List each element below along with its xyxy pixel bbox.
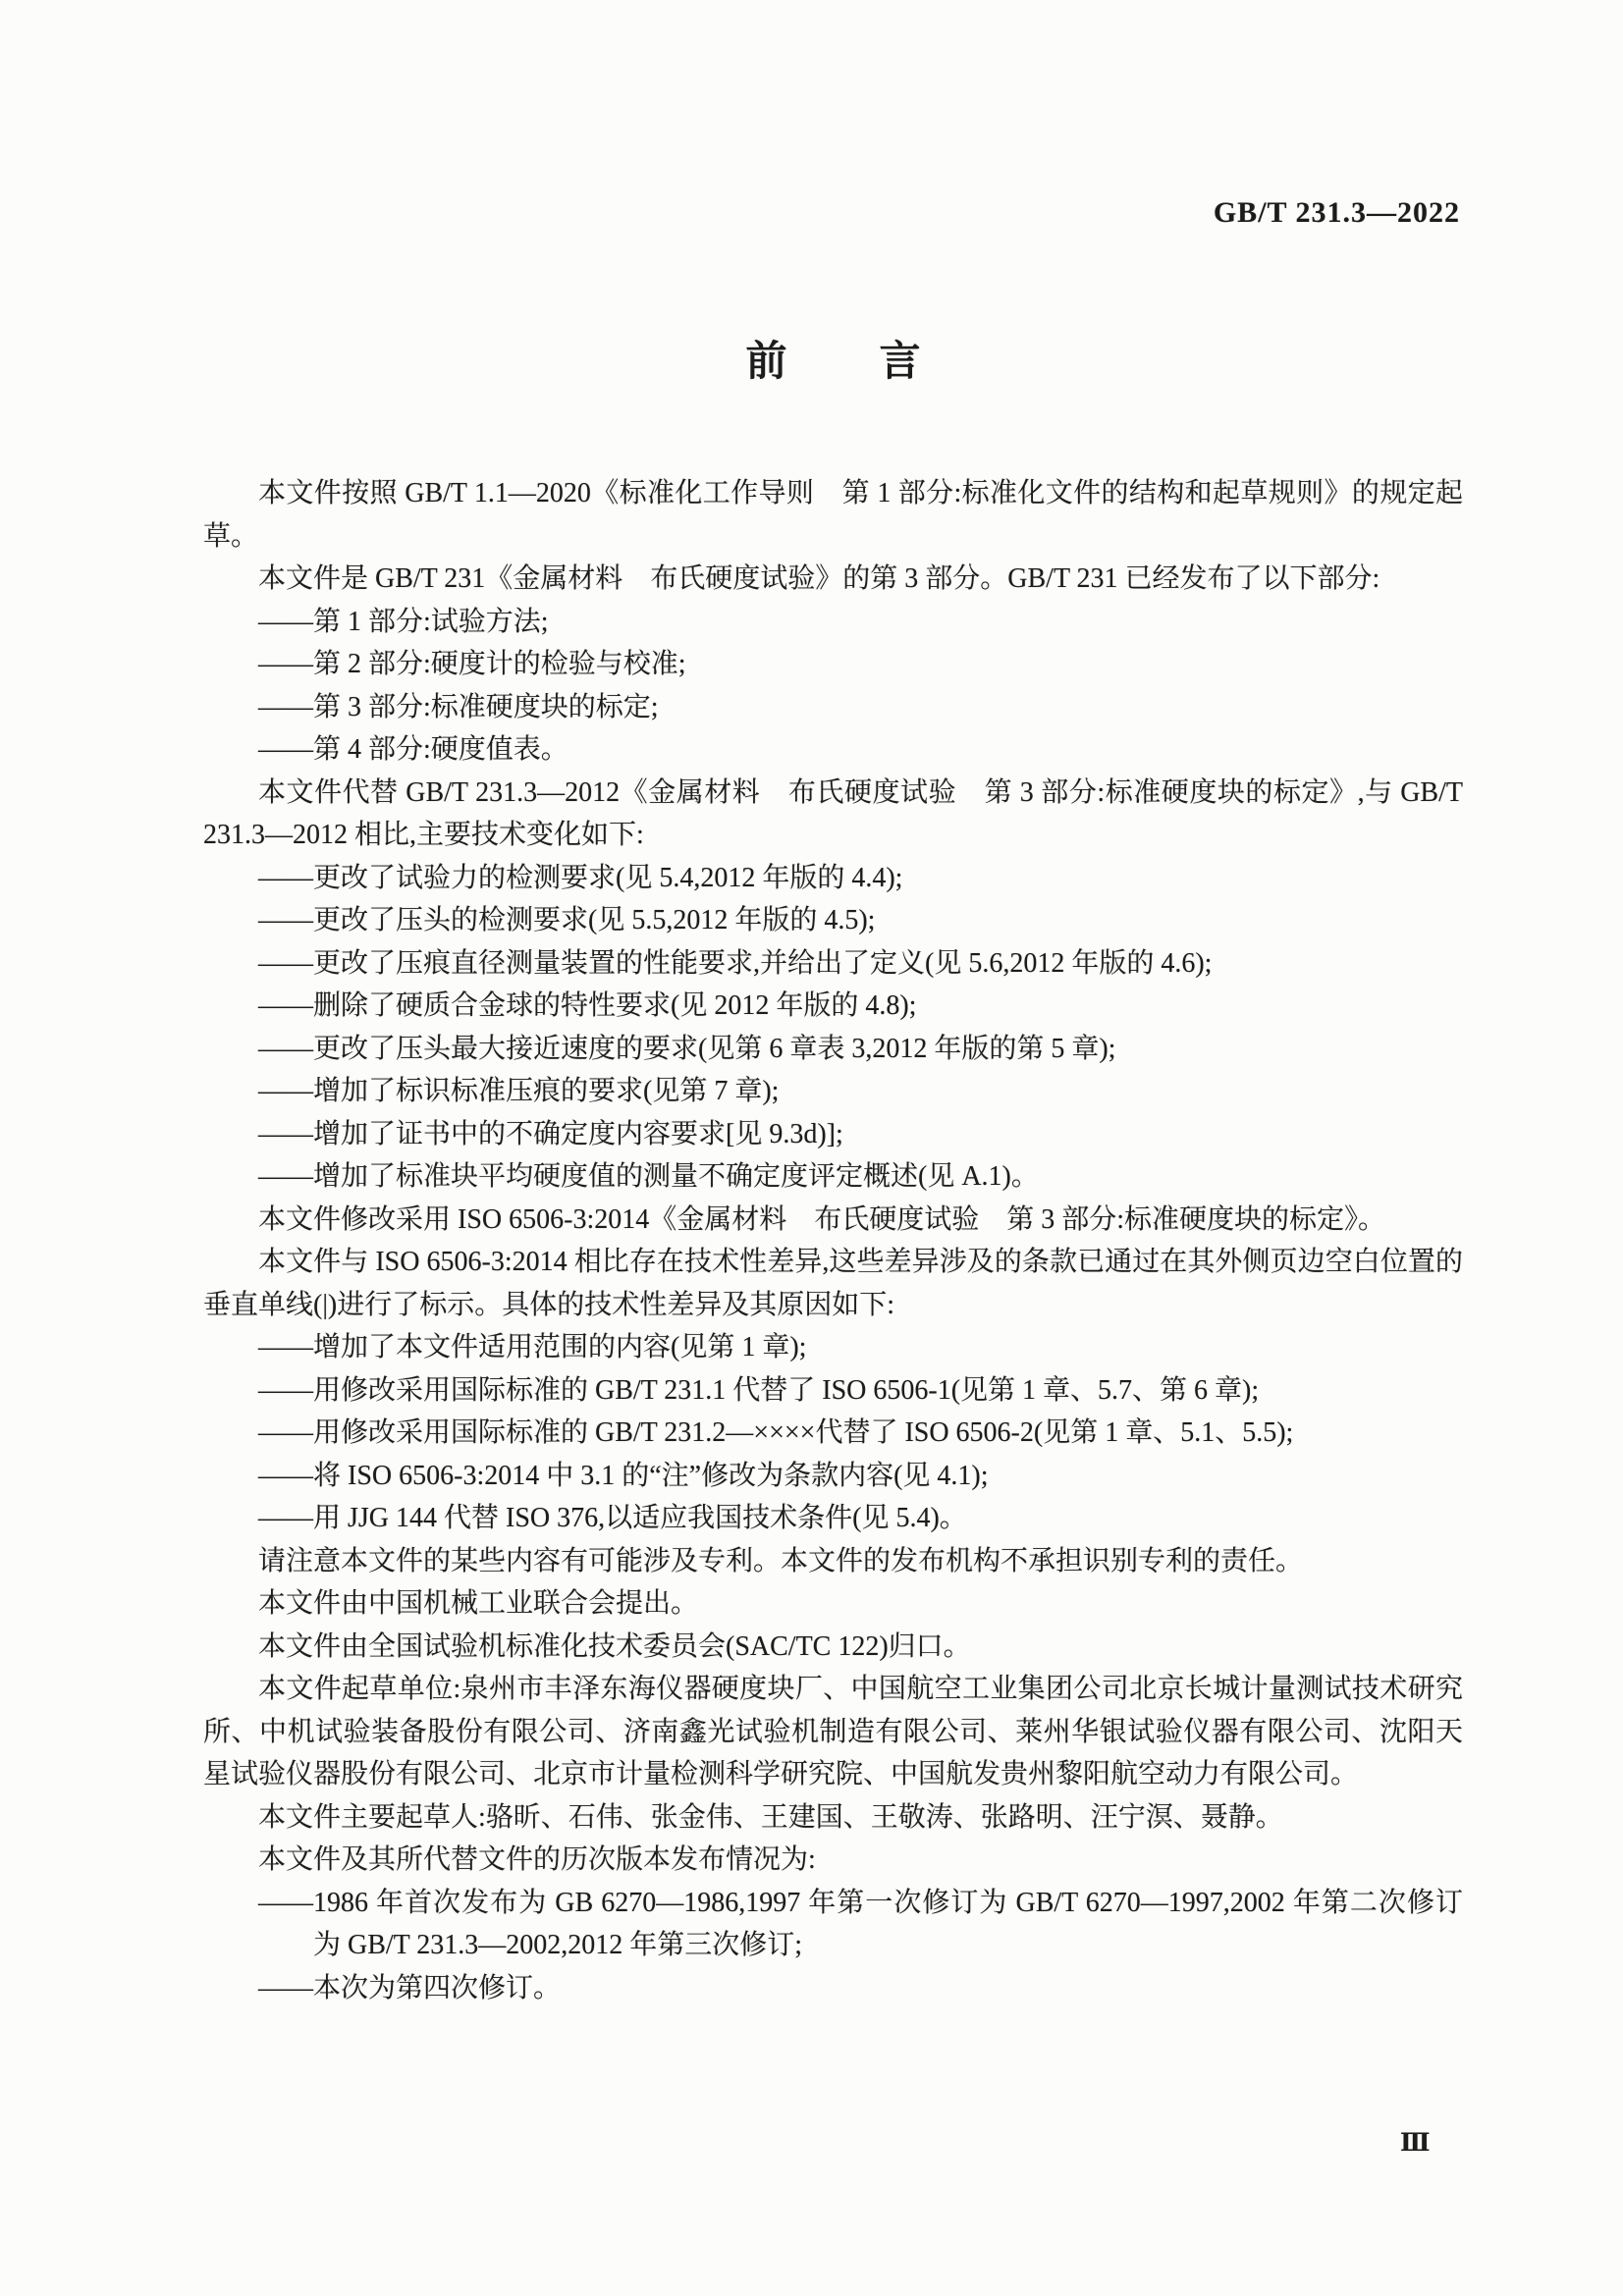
list-item: ——将 ISO 6506-3:2014 中 3.1 的“注”修改为条款内容(见 … [203, 1455, 1463, 1498]
list-item: ——本次为第四次修订。 [203, 1967, 1463, 2010]
paragraph: 本文件及其所代替文件的历次版本发布情况为: [203, 1839, 1463, 1882]
list-item: ——更改了压痕直径测量装置的性能要求,并给出了定义(见 5.6,2012 年版的… [203, 942, 1463, 986]
paragraph: 请注意本文件的某些内容有可能涉及专利。本文件的发布机构不承担识别专利的责任。 [203, 1540, 1463, 1583]
paragraph: 本文件是 GB/T 231《金属材料 布氏硬度试验》的第 3 部分。GB/T 2… [203, 558, 1463, 601]
paragraph: 本文件代替 GB/T 231.3—2012《金属材料 布氏硬度试验 第 3 部分… [203, 772, 1463, 857]
page-title: 前 言 [203, 340, 1463, 385]
paragraph: 本文件按照 GB/T 1.1—2020《标准化工作导则 第 1 部分:标准化文件… [203, 472, 1463, 558]
paragraph: 本文件由中国机械工业联合会提出。 [203, 1582, 1463, 1626]
list-item: ——增加了标识标准压痕的要求(见第 7 章); [203, 1070, 1463, 1113]
list-item: ——第 3 部分:标准硬度块的标定; [203, 686, 1463, 729]
list-item: ——第 1 部分:试验方法; [203, 601, 1463, 644]
list-item: ——用 JJG 144 代替 ISO 376,以适应我国技术条件(见 5.4)。 [203, 1497, 1463, 1540]
list-item: ——第 4 部分:硬度值表。 [203, 728, 1463, 772]
page-title-char-2: 言 [880, 340, 921, 385]
document-body: 本文件按照 GB/T 1.1—2020《标准化工作导则 第 1 部分:标准化文件… [203, 472, 1463, 2009]
list-item: ——第 2 部分:硬度计的检验与校准; [203, 643, 1463, 686]
list-item: ——增加了标准块平均硬度值的测量不确定度评定概述(见 A.1)。 [203, 1155, 1463, 1199]
list-item: ——增加了本文件适用范围的内容(见第 1 章); [203, 1326, 1463, 1369]
paragraph: 本文件与 ISO 6506-3:2014 相比存在技术性差异,这些差异涉及的条款… [203, 1241, 1463, 1326]
paragraph: 本文件由全国试验机标准化技术委员会(SAC/TC 122)归口。 [203, 1626, 1463, 1669]
list-item: ——更改了压头最大接近速度的要求(见第 6 章表 3,2012 年版的第 5 章… [203, 1028, 1463, 1071]
paragraph: 本文件起草单位:泉州市丰泽东海仪器硬度块厂、中国航空工业集团公司北京长城计量测试… [203, 1668, 1463, 1796]
document-code: GB/T 231.3—2022 [1214, 196, 1460, 230]
document-page: GB/T 231.3—2022 前 言 本文件按照 GB/T 1.1—2020《… [0, 0, 1623, 2296]
list-item: ——更改了试验力的检测要求(见 5.4,2012 年版的 4.4); [203, 857, 1463, 900]
page-number: Ⅲ [1400, 2128, 1430, 2158]
list-item: ——增加了证书中的不确定度内容要求[见 9.3d)]; [203, 1113, 1463, 1156]
paragraph: 本文件修改采用 ISO 6506-3:2014《金属材料 布氏硬度试验 第 3 … [203, 1199, 1463, 1242]
list-item: ——更改了压头的检测要求(见 5.5,2012 年版的 4.5); [203, 899, 1463, 942]
page-title-char-1: 前 [745, 340, 786, 385]
list-item: ——用修改采用国际标准的 GB/T 231.2—××××代替了 ISO 6506… [203, 1412, 1463, 1455]
list-item: ——用修改采用国际标准的 GB/T 231.1 代替了 ISO 6506-1(见… [203, 1369, 1463, 1413]
list-item: ——删除了硬质合金球的特性要求(见 2012 年版的 4.8); [203, 985, 1463, 1028]
list-item: ——1986 年首次发布为 GB 6270—1986,1997 年第一次修订为 … [203, 1882, 1463, 1967]
paragraph: 本文件主要起草人:骆昕、石伟、张金伟、王建国、王敬涛、张路明、汪宁溟、聂静。 [203, 1796, 1463, 1840]
